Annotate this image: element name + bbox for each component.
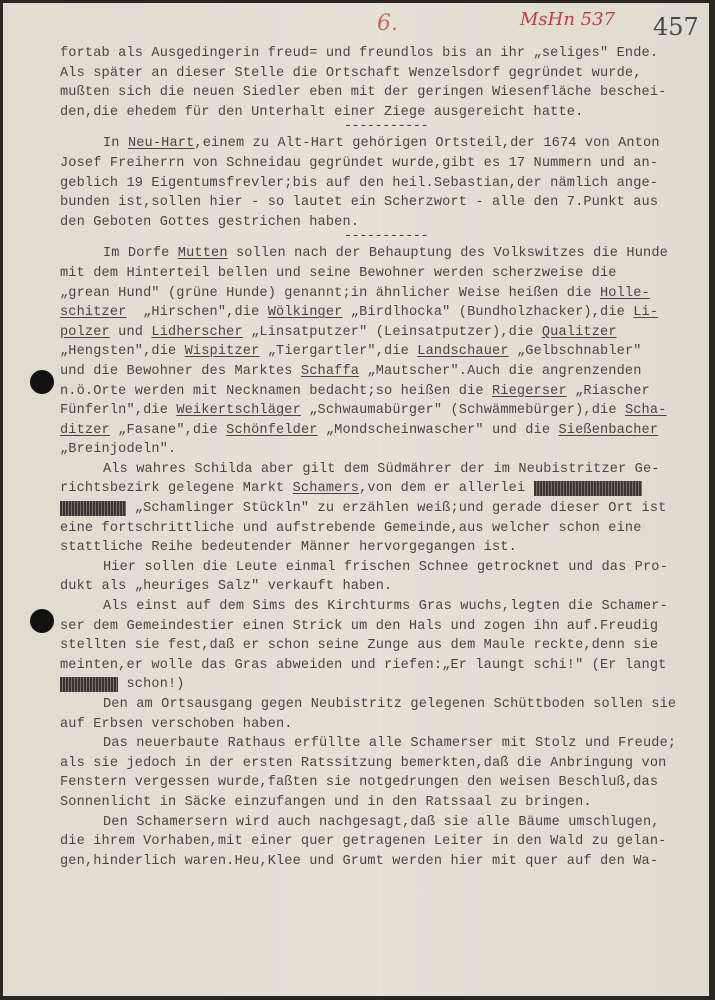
text-run: und die Bewohner des Marktes — [60, 364, 301, 379]
text-line: ditzer „Fasane",die Schönfelder „Mondsch… — [60, 421, 700, 441]
text-run: Den am Ortsausgang gegen Neubistritz gel… — [103, 697, 676, 712]
text-run: den Geboten Gottes gestrichen haben. — [60, 215, 359, 230]
text-run: eine fortschrittliche und aufstrebende G… — [60, 521, 642, 536]
text-line: Das neuerbaute Rathaus erfüllte alle Sch… — [60, 734, 700, 754]
text-run: Fünferln",die — [60, 403, 176, 418]
struck-out-text: xxxxxxx — [60, 677, 118, 692]
text-line: „Hengsten",die Wispitzer „Tiergartler",d… — [60, 342, 700, 362]
text-run: „Linsatputzer" (Leinsatputzer),die — [243, 325, 542, 340]
text-run: gen,hinderlich waren.Heu,Klee und Grumt … — [60, 854, 658, 869]
text-line: Als wahres Schilda aber gilt dem Südmähr… — [60, 460, 700, 480]
text-run: Sonnenlicht in Säcke einzufangen und in … — [60, 795, 592, 810]
text-run: als sie jedoch in der ersten Ratssitzung… — [60, 756, 666, 771]
text-line: Hier sollen die Leute einmal frischen Sc… — [60, 558, 700, 578]
text-run: „Riascher — [567, 384, 650, 399]
text-line: Fünferln",die Weikertschläger „Schwaumab… — [60, 401, 700, 421]
text-line: Im Dorfe Mutten sollen nach der Behauptu… — [60, 244, 700, 264]
text-line: als sie jedoch in der ersten Ratssitzung… — [60, 754, 700, 774]
place-name: Wispitzer — [185, 344, 260, 359]
place-name: ditzer — [60, 423, 110, 438]
typewritten-body: fortab als Ausgedingerin freud= und freu… — [60, 44, 700, 871]
text-line: richtsbezirk gelegene Markt Schamers,von… — [60, 479, 700, 499]
place-name: Mutten — [178, 246, 228, 261]
text-line: Als einst auf dem Sims des Kirchturms Gr… — [60, 597, 700, 617]
text-run: n.ö.Orte werden mit Necknamen bedacht;so… — [60, 384, 492, 399]
text-run: schon!) — [118, 677, 184, 692]
place-name: Wölkinger — [268, 305, 343, 320]
text-run: „Breinjodeln". — [60, 442, 176, 457]
text-run: Das neuerbaute Rathaus erfüllte alle Sch… — [103, 736, 676, 751]
text-line: und die Bewohner des Marktes Schaffa „Ma… — [60, 362, 700, 382]
text-line: eine fortschrittliche und aufstrebende G… — [60, 519, 700, 539]
text-run: Als einst auf dem Sims des Kirchturms Gr… — [103, 599, 668, 614]
text-run: mit dem Hinterteil bellen und seine Bewo… — [60, 266, 617, 281]
place-name: polzer — [60, 325, 110, 340]
place-name: Neu-Hart — [128, 136, 194, 151]
text-line: Den Schamersern wird auch nachgesagt,daß… — [60, 813, 700, 833]
text-line: auf Erbsen verschoben haben. — [60, 715, 700, 735]
text-run: ,einem zu Alt-Hart gehörigen Ortsteil,de… — [194, 136, 659, 151]
place-name: Riegerser — [492, 384, 567, 399]
punch-hole — [30, 370, 54, 394]
folio-number: 457 — [653, 13, 699, 41]
text-run: „Birdlhocka" (Bundholzhacker),die — [342, 305, 633, 320]
text-run: „Gelbschnabler" — [509, 344, 642, 359]
text-line: geblich 19 Eigentumsfrevler;bis auf den … — [60, 174, 700, 194]
text-run: geblich 19 Eigentumsfrevler;bis auf den … — [60, 176, 658, 191]
place-name: Schamers — [293, 481, 359, 496]
text-run: die ihrem Vorhaben,mit einer quer getrag… — [60, 834, 666, 849]
text-line: „Breinjodeln". — [60, 440, 700, 460]
text-run: Fenstern vergessen wurde,faßten sie notg… — [60, 775, 658, 790]
text-run: sollen nach der Behauptung des Volkswitz… — [228, 246, 668, 261]
place-name: Qualitzer — [542, 325, 617, 340]
text-run: mußten sich die neuen Siedler eben mit d… — [60, 85, 666, 100]
place-name: schitzer — [60, 305, 126, 320]
text-run: und — [110, 325, 152, 340]
struck-out-text: xxxxxxxx — [60, 501, 126, 516]
text-run: Als wahres Schilda aber gilt dem Südmähr… — [103, 462, 660, 477]
text-run: „Tiergartler",die — [259, 344, 417, 359]
text-line: Als später an dieser Stelle die Ortschaf… — [60, 64, 700, 84]
place-name: Schönfelder — [226, 423, 317, 438]
text-line: Josef Freiherrn von Schneidau gegründet … — [60, 154, 700, 174]
text-run: meinten,er wolle das Gras abweiden und r… — [60, 658, 666, 673]
text-line: gen,hinderlich waren.Heu,Klee und Grumt … — [60, 852, 700, 872]
text-line: die ihrem Vorhaben,mit einer quer getrag… — [60, 832, 700, 852]
text-line: fortab als Ausgedingerin freud= und freu… — [60, 44, 700, 64]
section-separator: ----------- — [60, 232, 700, 244]
text-run: Hier sollen die Leute einmal frischen Sc… — [103, 560, 668, 575]
place-name: Weikertschläger — [176, 403, 301, 418]
text-line: mit dem Hinterteil bellen und seine Bewo… — [60, 264, 700, 284]
text-run: fortab als Ausgedingerin freud= und freu… — [60, 46, 658, 61]
text-run: „Schwaumabürger" (Schwämmebürger),die — [301, 403, 625, 418]
text-run: Josef Freiherrn von Schneidau gegründet … — [60, 156, 658, 171]
text-line: dukt als „heuriges Salz" verkauft haben. — [60, 577, 700, 597]
text-line: stattliche Reihe bedeutender Männer herv… — [60, 538, 700, 558]
text-run: bunden ist,sollen hier - so lautet ein S… — [60, 195, 658, 210]
text-run: „Fasane",die — [110, 423, 226, 438]
text-line: meinten,er wolle das Gras abweiden und r… — [60, 656, 700, 676]
text-line: polzer und Lidherscher „Linsatputzer" (L… — [60, 323, 700, 343]
shelfmark-annotation: MsHn 537 — [520, 9, 615, 30]
struck-out-text: xxxxxxxxxxxxx — [534, 481, 642, 496]
place-name: Li- — [633, 305, 658, 320]
text-line: „grean Hund" (grüne Hunde) genannt;in äh… — [60, 284, 700, 304]
text-line: stellten sie fest,daß er schon seine Zun… — [60, 636, 700, 656]
place-name: Schaffa — [301, 364, 359, 379]
text-line: ser dem Gemeindestier einen Strick um de… — [60, 617, 700, 637]
document-page: 6. MsHn 537 457 fortab als Ausgedingerin… — [3, 3, 709, 996]
text-run: auf Erbsen verschoben haben. — [60, 717, 293, 732]
text-run: stellten sie fest,daß er schon seine Zun… — [60, 638, 658, 653]
text-line: Den am Ortsausgang gegen Neubistritz gel… — [60, 695, 700, 715]
text-line: mußten sich die neuen Siedler eben mit d… — [60, 83, 700, 103]
text-run: Im Dorfe — [103, 246, 178, 261]
text-run: den,die ehedem für den Unterhalt einer Z… — [60, 105, 583, 120]
text-line: n.ö.Orte werden mit Necknamen bedacht;so… — [60, 382, 700, 402]
text-line: xxxxxxx schon!) — [60, 675, 700, 695]
text-run: „Mondscheinwascher" und die — [318, 423, 559, 438]
text-run: „grean Hund" (grüne Hunde) genannt;in äh… — [60, 286, 600, 301]
text-run: „Schamlinger Stückln" zu erzählen weiß;u… — [126, 501, 666, 516]
text-run: richtsbezirk gelegene Markt — [60, 481, 293, 496]
section-number-annotation: 6. — [377, 11, 398, 36]
text-run: dukt als „heuriges Salz" verkauft haben. — [60, 579, 392, 594]
place-name: Landschauer — [417, 344, 508, 359]
text-run: ,von dem er allerlei — [359, 481, 533, 496]
text-line: schitzer „Hirschen",die Wölkinger „Birdl… — [60, 303, 700, 323]
place-name: Sießenbacher — [558, 423, 658, 438]
text-run: stattliche Reihe bedeutender Männer herv… — [60, 540, 517, 555]
place-name: Holle- — [600, 286, 650, 301]
section-separator: ----------- — [60, 122, 700, 134]
text-line: Fenstern vergessen wurde,faßten sie notg… — [60, 773, 700, 793]
place-name: Lidherscher — [151, 325, 242, 340]
place-name: Scha- — [625, 403, 667, 418]
text-run: „Hirschen",die — [126, 305, 267, 320]
text-run: „Hengsten",die — [60, 344, 185, 359]
text-run: „Mautscher".Auch die angrenzenden — [359, 364, 641, 379]
text-line: Sonnenlicht in Säcke einzufangen und in … — [60, 793, 700, 813]
text-run: Als später an dieser Stelle die Ortschaf… — [60, 66, 642, 81]
text-run: Den Schamersern wird auch nachgesagt,daß… — [103, 815, 660, 830]
text-run: In — [103, 136, 128, 151]
text-run: ser dem Gemeindestier einen Strick um de… — [60, 619, 658, 634]
punch-hole — [30, 609, 54, 633]
text-line: In Neu-Hart,einem zu Alt-Hart gehörigen … — [60, 134, 700, 154]
text-line: xxxxxxxx „Schamlinger Stückln" zu erzähl… — [60, 499, 700, 519]
text-line: bunden ist,sollen hier - so lautet ein S… — [60, 193, 700, 213]
